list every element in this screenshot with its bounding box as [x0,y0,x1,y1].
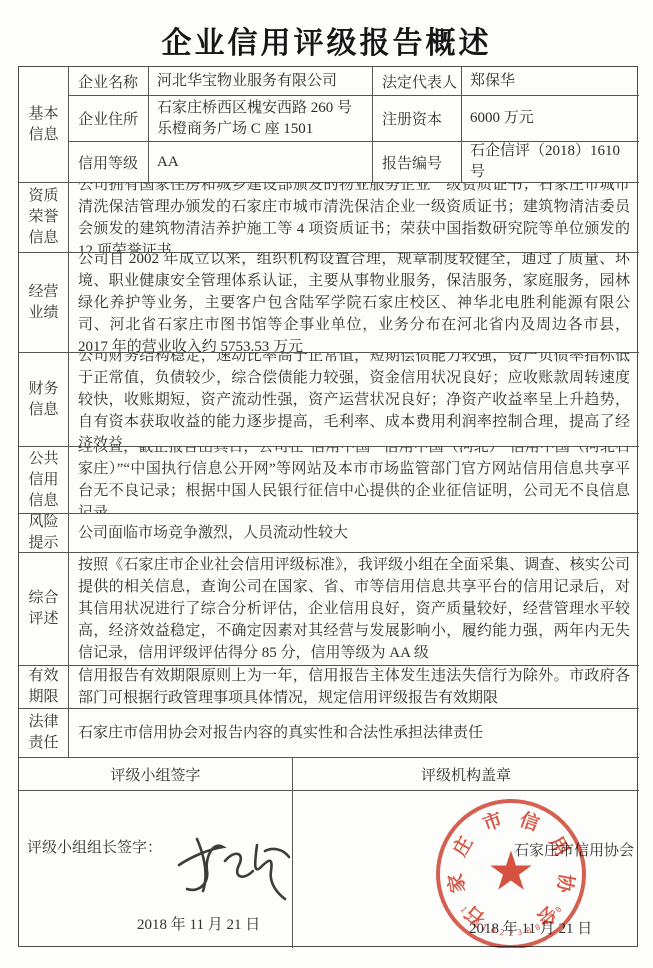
seal-code-digit: 2 [507,929,515,939]
seal-text-char: 市 [479,809,505,837]
section-content-public-credit-info: 经核查，截止报告出具日，公司在“信用中国”“信用中国（河北）”“信用中国（河北石… [69,447,639,514]
section-text: 经核查，截止报告出具日，公司在“信用中国”“信用中国（河北）”“信用中国（河北石… [78,447,630,514]
section-label-validity-period: 有效期限 [19,666,69,709]
seal-text-char: 庄 [450,833,479,861]
agency-seal-cell: 石家庄市信用协会 2018 年 11 月 21 日 ★ 石家庄市信用协会1301… [293,791,639,948]
section-content-financial-info: 公司财务结构稳定，速动比率高于正常值，短期偿债能力较强，资产负债率指标低于正常值… [69,353,639,447]
section-label-basic-info: 基本信息 [19,67,69,183]
section-content-validity-period: 信用报告有效期限原则上为一年，信用报告主体发生违法失信行为除外。市政府各部门可根… [69,666,639,709]
section-content-legal-liability: 石家庄市信用协会对报告内容的真实性和合法性承担法律责任 [69,709,639,758]
section-content-qualifications: 公司拥有国家住房和城乡建设部颁发的物业服务企业一级资质证书；石家庄市城市清洗保洁… [69,183,639,253]
section-label-public-credit-info: 公共信用信息 [19,447,69,514]
section-text: 公司财务结构稳定，速动比率高于正常值，短期偿债能力较强，资产负债率指标低于正常值… [78,353,630,447]
seal-text-char: 家 [445,872,470,896]
field-value-legal-representative: 郑保华 [462,67,639,96]
field-label-company-name: 企业名称 [69,67,149,96]
field-label-legal-representative: 法定代表人 [373,67,462,96]
section-text: 石家庄市信用协会对报告内容的真实性和合法性承担法律责任 [78,722,630,744]
section-content-business-performance: 公司自 2002 年成立以来，组织机构设置合理，规章制度较健全，通过了质量、环境… [69,253,639,353]
section-text: 信用报告有效期限原则上为一年，信用报告主体发生违法失信行为除外。市政府各部门可根… [78,666,630,709]
signature-group-cell: 评级小组组长签字： 2018 年 11 月 21 日 [19,791,293,948]
org-seal: ★ 石家庄市信用协会1301022300430 [436,799,586,948]
signature-date: 2018 年 11 月 21 日 [137,913,260,934]
field-label-company-address: 企业住所 [69,96,149,142]
seal-text-char: 信 [516,809,542,837]
field-value-report-number: 石企信评（2018）1610 号 [462,142,639,183]
field-value-company-name: 河北华宝物业服务有限公司 [149,67,373,96]
section-text: 按照《石家庄市企业社会信用评级标准》，我评级小组在全面采集、调查、核实公司提供的… [78,554,630,664]
field-value-credit-grade: AA [149,142,373,183]
section-content-comprehensive-review: 按照《石家庄市企业社会信用评级标准》，我评级小组在全面采集、调查、核实公司提供的… [69,553,639,666]
seal-code-digit: 2 [497,928,506,939]
field-value-company-address: 石家庄桥西区槐安西路 260 号乐橙商务广场 C 座 1501 [149,96,373,142]
agency-seal-header: 评级机构盖章 [293,758,639,791]
section-label-business-performance: 经营业绩 [19,253,69,353]
seal-text-char: 用 [543,833,572,861]
field-label-report-number: 报告编号 [373,142,462,183]
section-label-financial-info: 财务信息 [19,353,69,447]
document-page: 企业信用评级报告概述 基本信息 企业名称 河北华宝物业服务有限公司 法定代表人 … [0,0,653,968]
section-text: 公司自 2002 年成立以来，组织机构设置合理，规章制度较健全，通过了质量、环境… [78,253,630,353]
page-title: 企业信用评级报告概述 [0,18,653,62]
section-label-comprehensive-review: 综合评述 [19,553,69,666]
field-label-credit-grade: 信用等级 [69,142,149,183]
field-label-registered-capital: 注册资本 [373,96,462,142]
section-label-legal-liability: 法律责任 [19,709,69,758]
handwritten-signature [169,827,293,905]
section-label-qualifications: 资质荣誉信息 [19,183,69,253]
group-leader-signature-label: 评级小组组长签字： [27,836,162,857]
section-text: 公司面临市场竞争激烈，人员流动性较大 [78,522,630,544]
signature-group-header: 评级小组签字 [19,758,293,791]
section-label-risk-warning: 风险提示 [19,514,69,553]
seal-text-char: 协 [552,872,577,896]
seal-star-icon: ★ [487,844,535,898]
section-text: 公司拥有国家住房和城乡建设部颁发的物业服务企业一级资质证书；石家庄市城市清洗保洁… [78,183,630,253]
field-value-registered-capital: 6000 万元 [462,96,639,142]
report-table: 基本信息 企业名称 河北华宝物业服务有限公司 法定代表人 郑保华 企业住所 石家… [18,66,638,947]
section-content-risk-warning: 公司面临市场竞争激烈，人员流动性较大 [69,514,639,553]
